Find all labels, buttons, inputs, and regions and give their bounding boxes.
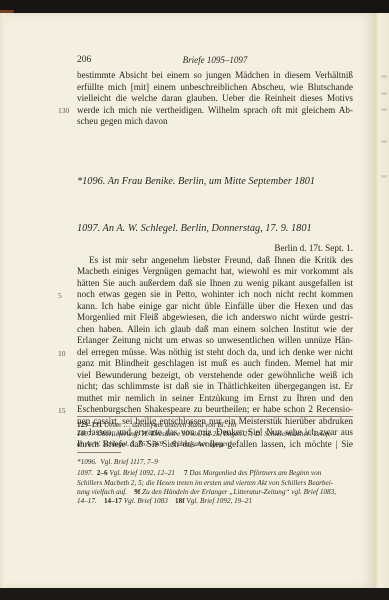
line-number: 5 [58, 290, 62, 302]
commentary-note: *1096. Vgl. Brief 1117, 7–9 [77, 458, 353, 467]
text-line: hätten Sie auch außerdem daß sie Ihnen z… [77, 278, 353, 290]
commentary-rule [77, 452, 121, 453]
text-line: viel Bewunderung bezeigt, ob verstehende… [77, 370, 353, 382]
apparatus-note: an A. W. Schlegel, S. 767–769 6 über] ab… [77, 440, 353, 449]
text-line: vielleicht die welche daran glauben. Ueb… [77, 93, 353, 105]
commentary: *1096. Vgl. Brief 1117, 7–9 1097. 2–6 Vg… [77, 458, 353, 506]
text-line: noch etwas gegen sie in Petto, wohinter … [77, 289, 353, 301]
running-title: Briefe 1095–1097 [77, 55, 353, 65]
letter-body-1097: Berlin d. 17t. Sept. 1. Es ist mir sehr … [77, 243, 353, 450]
background-bottom [0, 588, 389, 600]
text-line: chen haben. Allein ich glaub daß man ein… [77, 324, 353, 336]
apparatus-rule [77, 416, 353, 417]
commentary-note: 14–17. 14–17 Vgl. Brief 1083 18f Vgl. Br… [77, 497, 353, 506]
text-line: erfüllte mich [mit] einem unbeschreiblic… [77, 82, 353, 94]
textual-apparatus: 129–131 Ueber … davon] am unteren Rand v… [77, 421, 353, 449]
apparatus-note: 129–131 Ueber … davon] am unteren Rand v… [77, 421, 353, 430]
text-line: kann. Ich habe einige gar nicht üble Ein… [77, 301, 353, 313]
text-line: scheu gegen mich davon [77, 116, 353, 128]
text-line: Erlanger Zeitung nicht um etwas so unwes… [77, 335, 353, 347]
commentary-note: tung vielfach auf. 9f Zu den Händeln der… [77, 488, 353, 497]
text-line: muthet mir nemlich in seiner Entzükung i… [77, 393, 353, 405]
show-through-text [381, 75, 387, 78]
text-line: Es ist mir sehr angenehm liebster Freund… [77, 255, 353, 267]
text-line: Morgenlied mit Fleiß abgewiesen, die ich… [77, 312, 353, 324]
text-line: Eschenburgschen Shakespeare zu beurtheil… [77, 404, 353, 416]
show-through-text [381, 92, 387, 95]
text-line: nicht; das schlimmste ist daß sie in Thä… [77, 381, 353, 393]
continuation-text: bestimmte Absicht bei einem so jungen Mä… [77, 70, 353, 128]
letter-heading-1097: 1097. An A. W. Schlegel. Berlin, Donners… [77, 223, 353, 234]
line-number: 130 [58, 105, 69, 117]
facing-page-edge [376, 13, 389, 591]
show-through-text [381, 175, 387, 178]
letter-heading-1096: *1096. An Frau Benike. Berlin, um Mitte … [77, 176, 353, 187]
text-line: werde ich mich nie vertheidigen. Wilhelm… [77, 105, 353, 117]
background-top [0, 0, 389, 14]
dateline: Berlin d. 17t. Sept. 1. [77, 243, 353, 255]
show-through-text [381, 140, 387, 143]
text-line: del erregen müsse. Was nöthig ist steht … [77, 347, 353, 359]
page-gutter-shadow [0, 13, 6, 589]
commentary-note: 1097. 2–6 Vgl. Brief 1092, 12–21 7 Das M… [77, 469, 353, 478]
line-number: 10 [58, 348, 66, 360]
apparatus-note: 1097. Überlieferung: H: Dresden e 90 xix… [77, 430, 353, 439]
commentary-note: Schillers Macbeth 2, 5; die Hexen treten… [77, 479, 353, 488]
text-line: Macbeth einiges Vergnügen gemacht hat, w… [77, 266, 353, 278]
text-line: ganz mit Blindheit geschlagen ist muß es… [77, 358, 353, 370]
line-number: 15 [58, 405, 66, 417]
text-line: bestimmte Absicht bei einem so jungen Mä… [77, 70, 353, 82]
show-through-text [381, 108, 387, 111]
